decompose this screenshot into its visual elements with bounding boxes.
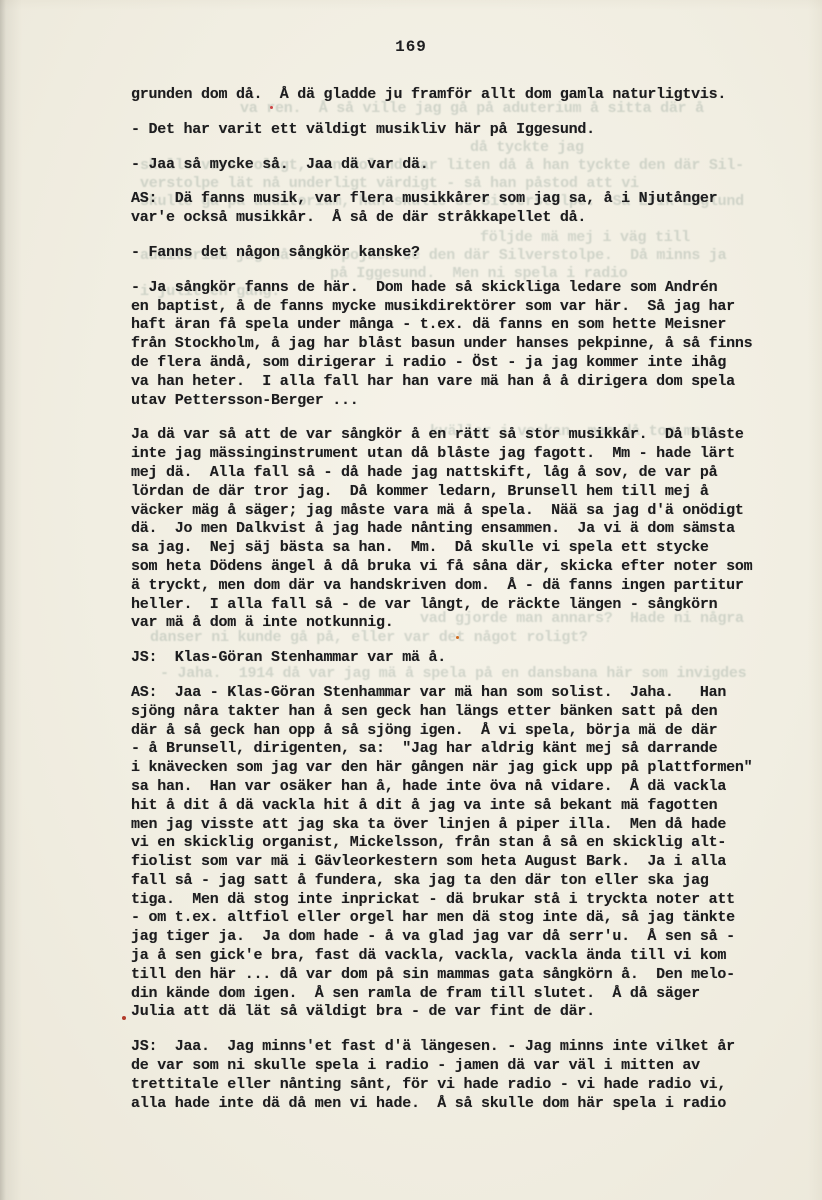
text-line: vi en skicklig organist, Mickelsson, frå… <box>131 834 803 853</box>
text-line: ja å sen gick'e bra, fast dä vackla, vac… <box>131 947 803 966</box>
text-line: men jag visste att jag ska ta över linje… <box>131 816 803 835</box>
text-line: - om t.ex. altfiol eller orgel har men d… <box>131 909 803 928</box>
paragraph: - Det har varit ett väldigt musikliv här… <box>131 121 803 140</box>
ink-speck <box>456 636 459 639</box>
text-line: fiolist som var mä i Gävleorkestern som … <box>131 853 803 872</box>
paragraph: Ja dä var så att de var sångkör å en rät… <box>131 426 803 633</box>
text-line: din kände dom igen. Å sen ramla de fram … <box>131 985 803 1004</box>
text-line: - Ja sångkör fanns de här. Dom hade så s… <box>131 279 803 298</box>
text-line: JS: Jaa. Jag minns'et fast d'ä längesen.… <box>131 1038 803 1057</box>
text-line: fall så - jag satt å fundera, ska jag ta… <box>131 872 803 891</box>
text-line: dä. Jo men Dalkvist å jag hade nånting e… <box>131 520 803 539</box>
text-line: - Fanns det någon sångkör kanske? <box>131 244 803 263</box>
text-line: alla hade inte dä då men vi hade. Å så s… <box>131 1095 803 1114</box>
text-line: sa jag. Nej säj bästa sa han. Mm. Då sku… <box>131 539 803 558</box>
scanned-document-page: 169 va ren. Å så ville jag gå på aduteri… <box>0 0 822 1200</box>
text-line: va han heter. I alla fall har han vare m… <box>131 373 803 392</box>
page-number: 169 <box>0 38 822 56</box>
text-line: var mä å dom ä inte notkunnig. <box>131 614 803 633</box>
ink-speck <box>122 1016 126 1020</box>
text-line: grunden dom då. Å dä gladde ju framför a… <box>131 86 803 105</box>
text-line: en baptist, å de fanns mycke musikdirekt… <box>131 298 803 317</box>
text-line: de flera ändå, som dirigerar i radio - Ö… <box>131 354 803 373</box>
text-line: sjöng nåra takter han å sen geck han län… <box>131 703 803 722</box>
paragraph: grunden dom då. Å dä gladde ju framför a… <box>131 86 803 105</box>
text-line: ä tryckt, men dom där va handskriven dom… <box>131 577 803 596</box>
paragraph: AS: Dä fanns musik, var flera musikkårer… <box>131 190 803 228</box>
paragraph: JS: Klas-Göran Stenhammar var mä å. <box>131 649 803 668</box>
text-block: grunden dom då. Å dä gladde ju framför a… <box>131 86 803 1129</box>
text-line: inte jag mässinginstrument utan då blåst… <box>131 445 803 464</box>
text-line: heller. I alla fall så - de var långt, d… <box>131 596 803 615</box>
text-line: de var som ni skulle spela i radio - jam… <box>131 1057 803 1076</box>
text-line: - Jaa så mycke så. Jaa dä var dä. <box>131 156 803 175</box>
paragraph: - Ja sångkör fanns de här. Dom hade så s… <box>131 279 803 411</box>
text-line: AS: Jaa - Klas-Göran Stenhammar var mä h… <box>131 684 803 703</box>
text-line: Ja dä var så att de var sångkör å en rät… <box>131 426 803 445</box>
text-line: utav Pettersson-Berger ... <box>131 392 803 411</box>
text-line: mej dä. Alla fall så - då hade jag natts… <box>131 464 803 483</box>
paragraph: - Jaa så mycke så. Jaa dä var dä. <box>131 156 803 175</box>
text-line: tiga. Men dä stog inte inprickat - dä br… <box>131 891 803 910</box>
text-line: hit å dit å dä vackla hit å dit å jag va… <box>131 797 803 816</box>
paragraph: AS: Jaa - Klas-Göran Stenhammar var mä h… <box>131 684 803 1022</box>
text-line: från Stockholm, å jag har blåst basun un… <box>131 335 803 354</box>
text-line: var'e också musikkår. Å så de där stråkk… <box>131 209 803 228</box>
ink-speck <box>270 106 273 109</box>
text-line: i knävecken som jag var den här gången n… <box>131 759 803 778</box>
text-line: AS: Dä fanns musik, var flera musikkårer… <box>131 190 803 209</box>
text-line: - å Brunsell, dirigenten, sa: "Jag har a… <box>131 740 803 759</box>
text-line: väcker mäg å säger; jag måste vara mä å … <box>131 502 803 521</box>
text-line: - Det har varit ett väldigt musikliv här… <box>131 121 803 140</box>
text-line: trettitale eller nånting sånt, för vi ha… <box>131 1076 803 1095</box>
text-line: jag tiger ja. Ja dom hade - å va glad ja… <box>131 928 803 947</box>
text-line: till den här ... då var dom på sin mamma… <box>131 966 803 985</box>
text-line: JS: Klas-Göran Stenhammar var mä å. <box>131 649 803 668</box>
text-line: lördan de där tror jag. Då kommer ledarn… <box>131 483 803 502</box>
text-line: som heta Dödens ängel å då bruka vi få s… <box>131 558 803 577</box>
paragraph: JS: Jaa. Jag minns'et fast d'ä längesen.… <box>131 1038 803 1113</box>
text-line: Julia att dä lät så väldigt bra - de var… <box>131 1003 803 1022</box>
text-line: sa han. Han var osäker han å, hade inte … <box>131 778 803 797</box>
text-line: där å så geck han opp å så sjöng igen. Å… <box>131 722 803 741</box>
text-line: haft äran få spela under många - t.ex. d… <box>131 316 803 335</box>
paragraph: - Fanns det någon sångkör kanske? <box>131 244 803 263</box>
